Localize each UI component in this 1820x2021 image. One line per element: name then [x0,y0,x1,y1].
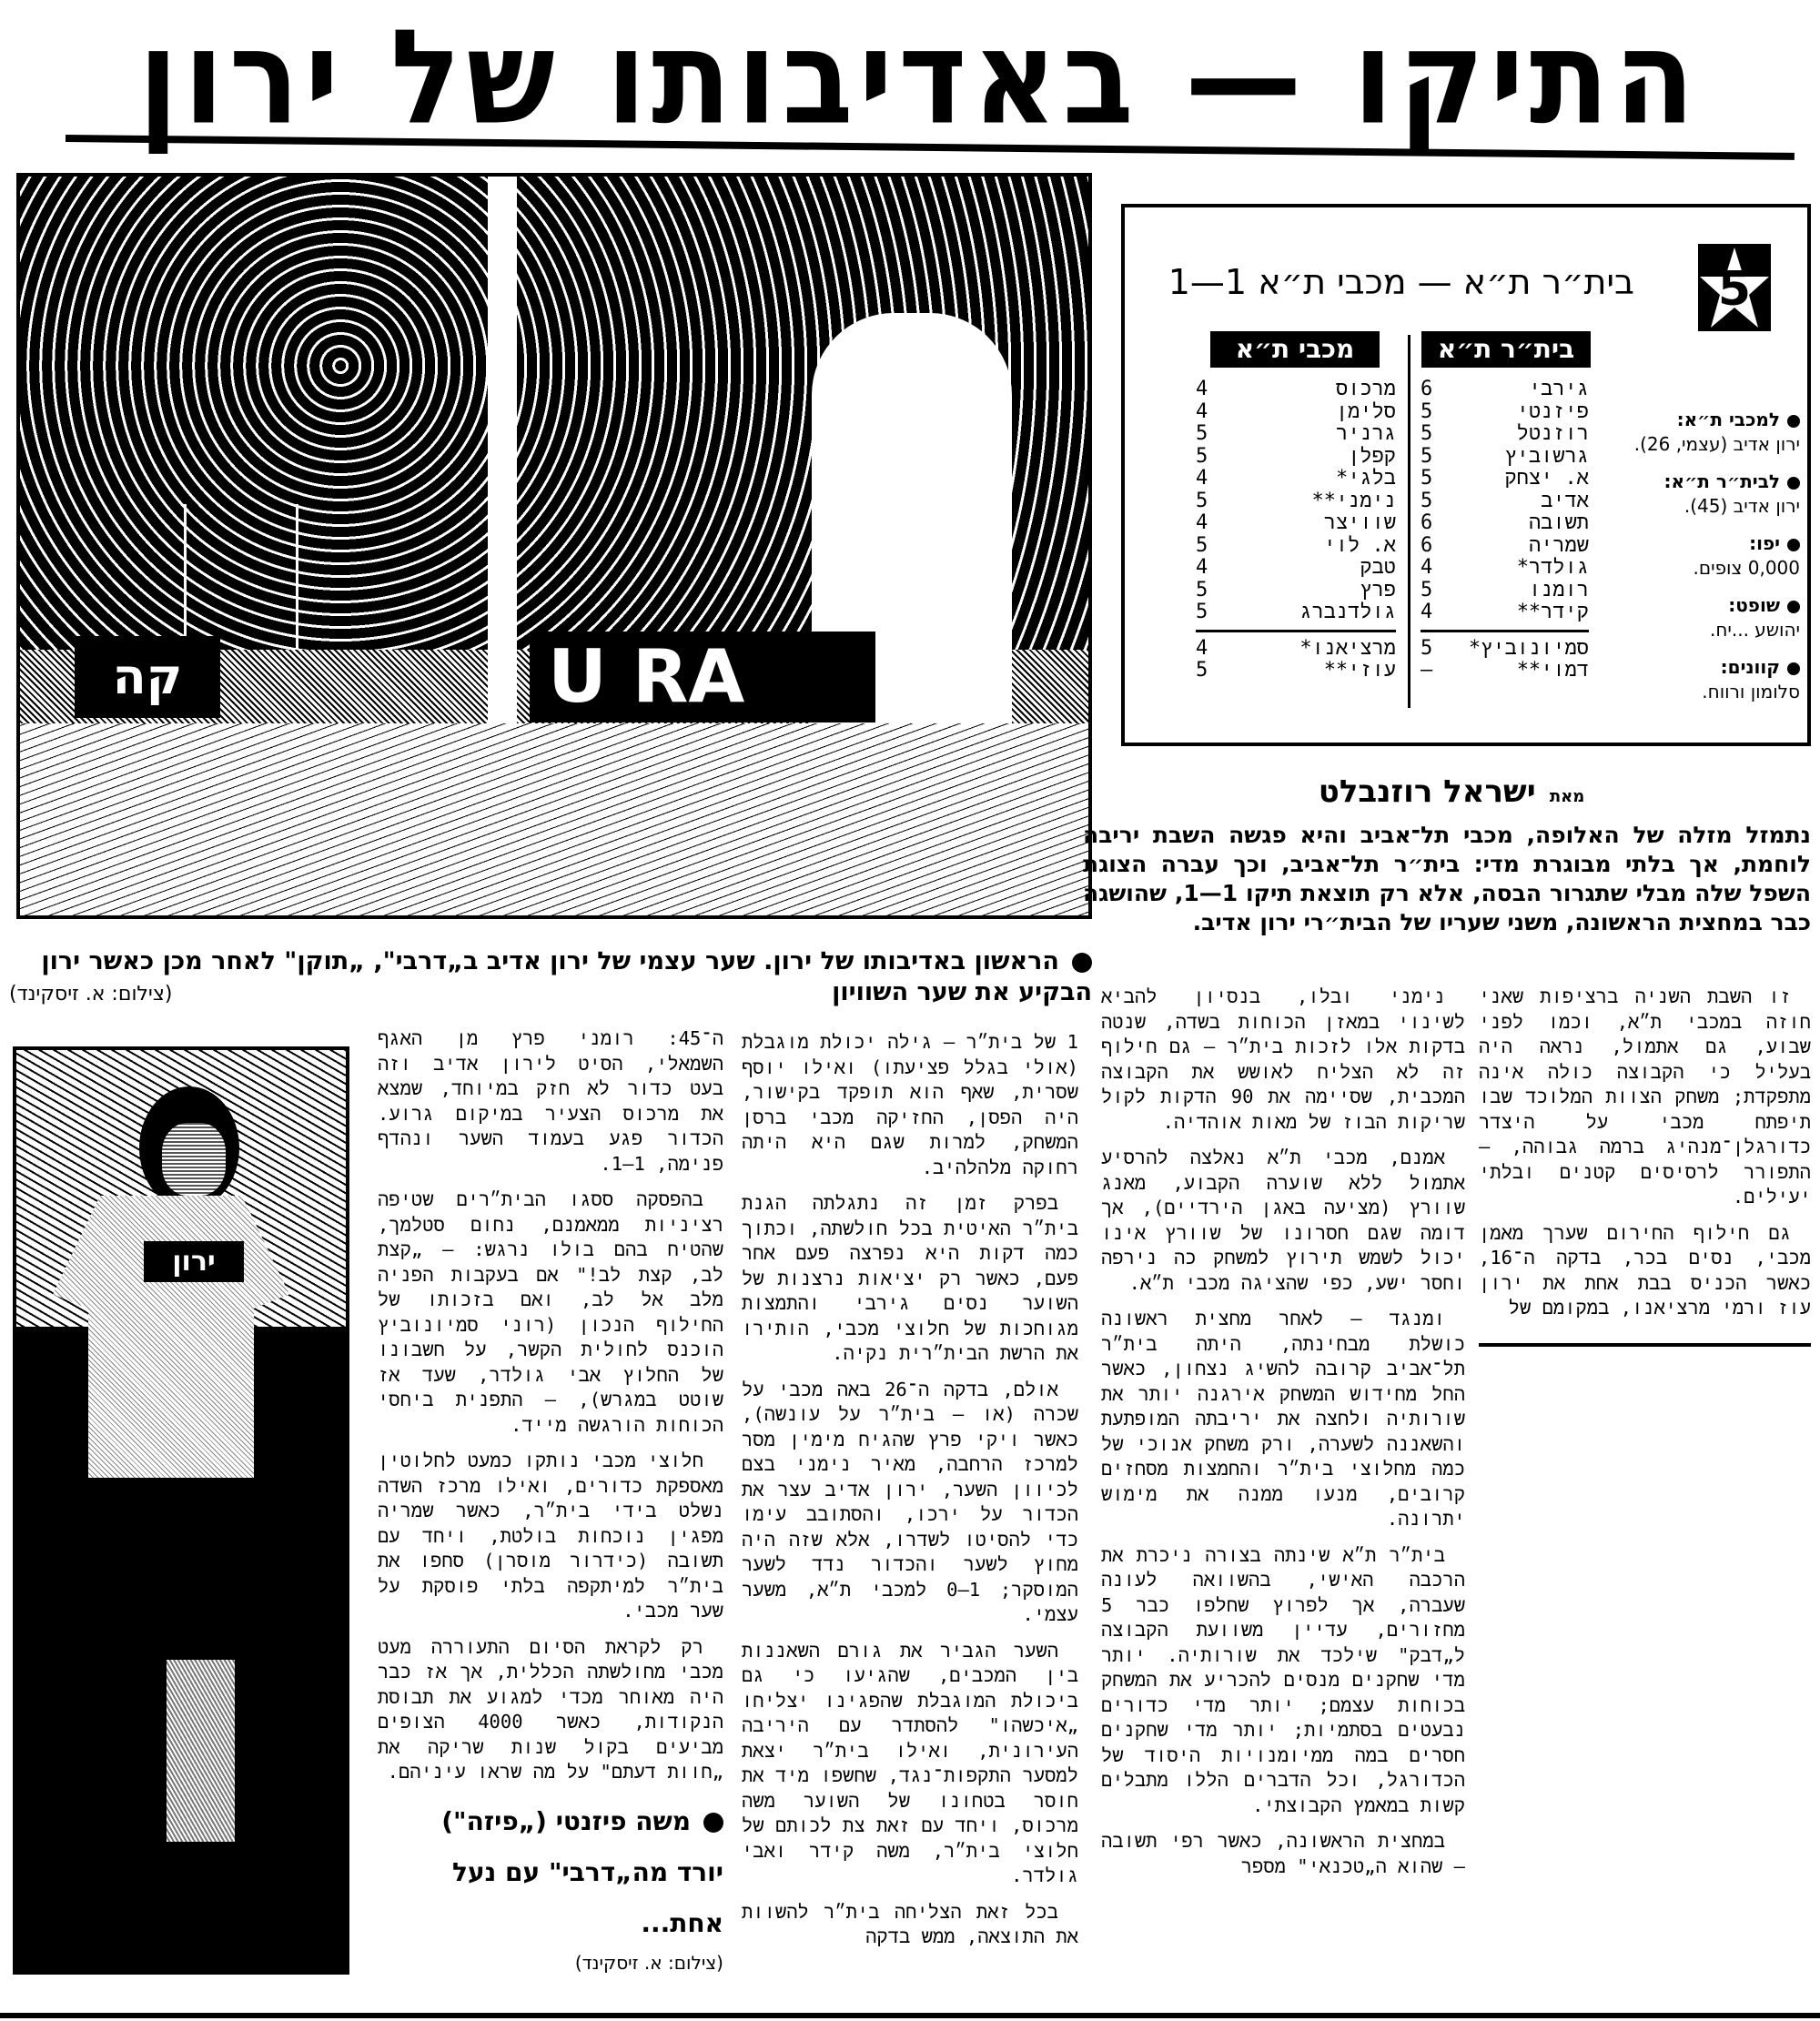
paragraph: זו השבת השניה ברציפות שאני חוזה במכבי ת״… [1479,985,1811,1210]
lead-paragraph: נתמזל מזלה של האלופה, מכבי תל־אביב והיא … [1083,821,1811,937]
match-stats-box: 5 בית״ר ת״א — מכבי ת״א 1—1 בית״ר ת״א גיר… [1121,204,1811,746]
player-leg [167,1660,235,1842]
paragraph: חלוצי מכבי נותקו כמעט לחלוטין מאספקת כדו… [378,1449,723,1624]
bullet-icon [1072,953,1092,973]
portrait-photo: ירון [13,1046,349,1975]
bullet-icon [1787,601,1800,613]
pitch-grass [20,723,1088,915]
player-row: קפלן5 [1196,446,1396,469]
page-bottom-rule [0,2013,1820,2018]
article-column-1: זו השבת השניה ברציפות שאני חוזה במכבי ת״… [1479,985,1811,1332]
main-photo: קה U RA [16,173,1092,919]
paragraph: ומנגד — לאחר מחצית ראשונה כושלת מבחינתה,… [1101,1307,1465,1532]
player-row: גרניר5 [1196,423,1396,446]
main-photo-caption: הראשון באדיבותו של ירון. שער עצמי של ירו… [9,946,1092,1008]
paragraph: אמנם, מכבי ת״א נאלצה להרסיע אתמול ללא שו… [1101,1146,1465,1296]
ad-board-right: U RA [530,632,875,723]
player-row: שמריה6 [1421,535,1589,558]
player-row: גולדנברג5 [1196,601,1396,624]
round-badge: 5 [1698,244,1771,331]
sub-row: סמיונוביץ*5 [1421,638,1589,661]
byline-prefix: מאת [1550,787,1584,806]
player-row: תשובה6 [1421,512,1589,535]
paragraph: בהפסקה ססגו הבית״רים שטיפה רציניות ממאמנ… [378,1187,723,1438]
fact-item: שופט:יהושע ...יח. [1600,593,1800,642]
player-shirt [53,1196,289,1478]
paragraph: רק לקראת הסיום התעוררה מעט מכבי מחולשתה … [378,1635,723,1785]
lineup-beitar: גירבי6 פיזנטי5 רוזנטל5 גרשוביץ5 א. יצחק5… [1421,379,1589,682]
player-row: בלגי*4 [1196,468,1396,490]
shirt-sponsor: ירון [144,1241,244,1282]
round-number: 5 [1698,262,1771,317]
player-row: פרץ5 [1196,580,1396,602]
article-column-4: ה־45: רומני פרץ מן האגף השמאלי, הסיט ליר… [378,1026,723,1976]
portrait-caption: משה פיזנטי („פיזה") יורד מה„דרבי" עם נעל… [378,1796,723,1976]
photo-credit: (צילום: א. זיסקינד) [9,979,173,1010]
fact-item: לבית״ר ת״א:ירון אדיב (45). [1600,470,1800,519]
paragraph: בית״ר ת״א שינתה בצורה ניכרת את הרכבה האי… [1101,1543,1465,1819]
paragraph: בכל זאת הצליחה בית״ר להשוות את התוצאה, מ… [742,1900,1078,1950]
player-row: טבק4 [1196,557,1396,580]
match-title: בית״ר ת״א — מכבי ת״א 1—1 [1168,262,1634,302]
article-column-2: נימני ובלו, בנסיון להביא לשינוי במאזן הכ… [1101,985,1465,1890]
camera-tripod [184,504,298,650]
fact-item: למכבי ת״א:ירון אדיב (עצמי, 26). [1600,408,1800,457]
bullet-icon [1787,539,1800,551]
player-face [162,1123,226,1196]
match-facts: למכבי ת״א:ירון אדיב (עצמי, 26). לבית״ר ת… [1600,408,1800,717]
player-row: נימני**5 [1196,490,1396,513]
paragraph: השער הגביר את גורם השאננות בין המכבים, ש… [742,1639,1078,1889]
player-row: מרכוס4 [1196,379,1396,401]
paragraph: ה־45: רומני פרץ מן האגף השמאלי, הסיט ליר… [378,1026,723,1177]
author-name: ישראל רוזנבלט [1319,773,1536,810]
paragraph: גם חילוף החירום שערך מאמן מכבי, נסים בכר… [1479,1221,1811,1321]
fact-item: קוונים:סלומון ורווח. [1600,655,1800,704]
fact-item: יפו:0,000 צופים. [1600,531,1800,581]
article-column-3: 1 של בית״ר — גילה יכולת מוגבלת (אולי בגל… [742,1030,1078,1961]
sub-row: מרציאנו*4 [1196,638,1396,661]
bullet-icon [1787,662,1800,675]
player-row: שוויצר4 [1196,512,1396,535]
bullet-icon [1787,477,1800,490]
column-end-rule [1479,1343,1811,1347]
player-row: א. יצחק5 [1421,468,1589,490]
player-row: גולדר*4 [1421,557,1589,580]
headline: התיקו — באדיבותו של ירון [55,7,1784,150]
byline: מאת ישראל רוזנבלט [1083,773,1820,810]
player-row: קידר**4 [1421,601,1589,624]
paragraph: במחצית הראשונה, כאשר רפי תשובה — שהוא ה„… [1101,1829,1465,1879]
player-row: סלימן4 [1196,401,1396,424]
subs-divider [1421,630,1589,632]
bullet-icon [1787,415,1800,428]
player-row: גרשוביץ5 [1421,446,1589,469]
paragraph: אולם, בדקה ה־26 באה מכבי על שכרה (או — ב… [742,1378,1078,1628]
player-row: רומנו5 [1421,580,1589,602]
player-row: גירבי6 [1421,379,1589,401]
player-row: אדיב5 [1421,490,1589,513]
sub-row: דמוי**— [1421,660,1589,682]
bullet-icon [703,1813,723,1833]
team-header-maccabi: מכבי ת״א [1210,331,1380,368]
subs-divider [1196,630,1396,632]
paragraph: בפרק זמן זה נתגלתה הגנת בית״ר האיטית בכל… [742,1191,1078,1367]
lineup-maccabi: מרכוס4 סלימן4 גרניר5 קפלן5 בלגי*4 נימני*… [1196,379,1396,682]
sub-row: עוזי**5 [1196,660,1396,682]
paragraph: 1 של בית״ר — גילה יכולת מוגבלת (אולי בגל… [742,1030,1078,1180]
paragraph: נימני ובלו, בנסיון להביא לשינוי במאזן הכ… [1101,985,1465,1135]
main-caption-text: הראשון באדיבותו של ירון. שער עצמי של ירו… [41,947,1092,1006]
ad-board-left: קה [75,636,220,718]
player-row: פיזנטי5 [1421,401,1589,424]
photo-credit: (צילום: א. זיסקינד) [378,1949,723,1976]
player-row: א. לוי5 [1196,535,1396,558]
team-header-beitar: בית״ר ת״א [1421,331,1591,368]
team-column-divider [1408,335,1410,708]
player-row: רוזנטל5 [1421,423,1589,446]
